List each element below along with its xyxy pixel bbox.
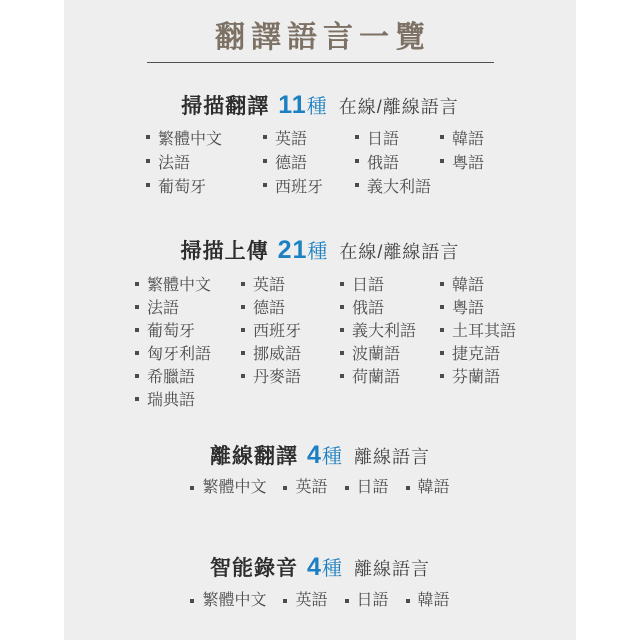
language-item: 希臘語 [135, 364, 241, 387]
page: 翻譯語言一覽 掃描翻譯 11 種 在線/離線語言 繁體中文英語日語韓語法語德語俄… [0, 0, 640, 640]
language-item: 英語 [241, 272, 340, 295]
language-label: 日語 [352, 272, 384, 295]
language-label: 粵語 [452, 150, 484, 173]
bullet-icon [440, 135, 444, 139]
language-item: 繁體中文 [190, 476, 266, 500]
language-item: 俄語 [355, 149, 440, 173]
language-label: 挪威語 [253, 341, 301, 364]
language-label: 繁體中文 [202, 476, 266, 500]
language-item: 義大利語 [340, 318, 440, 341]
language-label: 日語 [357, 589, 389, 613]
bullet-icon [440, 328, 444, 332]
bullet-icon [355, 135, 359, 139]
bullet-icon [135, 305, 139, 309]
bullet-icon [190, 599, 194, 603]
bullet-icon [263, 159, 267, 163]
bullet-icon [440, 374, 444, 378]
bullet-icon [135, 328, 139, 332]
bullet-icon [440, 159, 444, 163]
bullet-icon [355, 159, 359, 163]
language-item: 葡萄牙 [146, 173, 263, 197]
count-unit: 種 [307, 92, 327, 122]
language-item: 日語 [340, 272, 440, 295]
language-item: 英語 [283, 589, 327, 613]
language-item: 挪威語 [241, 341, 340, 364]
language-item: 俄語 [340, 295, 440, 318]
language-label: 義大利語 [367, 174, 431, 197]
language-item: 芬蘭語 [440, 364, 576, 387]
language-item: 英語 [263, 125, 355, 149]
bullet-icon [241, 374, 245, 378]
language-label: 土耳其語 [452, 318, 516, 341]
bullet-icon [135, 397, 139, 401]
language-label: 希臘語 [147, 364, 195, 387]
bullet-icon [440, 282, 444, 286]
language-label: 匈牙利語 [147, 341, 211, 364]
bullet-icon [440, 351, 444, 355]
language-list-smart-recording: 繁體中文英語日語韓語 [190, 589, 449, 613]
bullet-icon [146, 135, 150, 139]
bullet-icon [340, 351, 344, 355]
language-item: 西班牙 [263, 173, 355, 197]
language-item: 繁體中文 [135, 272, 241, 295]
language-item: 德語 [263, 149, 355, 173]
language-item: 西班牙 [241, 318, 340, 341]
section-header-smart-recording: 智能錄音 4 種 離線語言 [210, 552, 430, 584]
bullet-icon [146, 183, 150, 187]
bullet-icon [135, 351, 139, 355]
language-label: 荷蘭語 [352, 364, 400, 387]
language-type-label: 離線語言 [354, 554, 430, 584]
language-item: 義大利語 [355, 173, 440, 197]
language-item: 韓語 [440, 125, 576, 149]
language-item: 日語 [345, 589, 389, 613]
language-item: 英語 [283, 476, 327, 500]
count-unit: 種 [322, 554, 342, 584]
language-item: 丹麥語 [241, 364, 340, 387]
section-header-offline-translate: 離線翻譯 4 種 離線語言 [210, 440, 430, 472]
language-label: 法語 [158, 150, 190, 173]
bullet-icon [440, 305, 444, 309]
section-header-scan-translate: 掃描翻譯 11 種 在線/離線語言 [181, 90, 458, 122]
bullet-icon [340, 374, 344, 378]
section-name: 智能錄音 [210, 554, 298, 584]
bullet-icon [241, 351, 245, 355]
language-label: 俄語 [367, 150, 399, 173]
title-underline [147, 62, 494, 63]
language-type-label: 在線/離線語言 [339, 92, 459, 122]
section-name: 掃描翻譯 [181, 92, 269, 122]
language-label: 韓語 [418, 589, 450, 613]
language-item: 荷蘭語 [340, 364, 440, 387]
language-item: 韓語 [406, 589, 450, 613]
language-label: 繁體中文 [147, 272, 211, 295]
language-label: 韓語 [418, 476, 450, 500]
bullet-icon [263, 183, 267, 187]
bullet-icon [345, 599, 349, 603]
bullet-icon [345, 486, 349, 490]
language-item: 匈牙利語 [135, 341, 241, 364]
language-type-label: 在線/離線語言 [339, 237, 459, 267]
language-item: 日語 [345, 476, 389, 500]
bullet-icon [283, 486, 287, 490]
bullet-icon [135, 374, 139, 378]
language-list-scan-upload: 繁體中文英語日語韓語法語德語俄語粵語葡萄牙西班牙義大利語土耳其語匈牙利語挪威語波… [64, 272, 576, 410]
language-list-offline-translate: 繁體中文英語日語韓語 [190, 476, 449, 500]
bullet-icon [146, 159, 150, 163]
bullet-icon [241, 305, 245, 309]
language-label: 日語 [367, 126, 399, 149]
bullet-icon [406, 486, 410, 490]
language-type-label: 離線語言 [354, 442, 430, 472]
language-label: 丹麥語 [253, 364, 301, 387]
language-item: 粵語 [440, 149, 576, 173]
language-label: 英語 [295, 476, 327, 500]
section-name: 離線翻譯 [210, 442, 298, 472]
language-label: 俄語 [352, 295, 384, 318]
language-item: 土耳其語 [440, 318, 576, 341]
bullet-icon [355, 183, 359, 187]
bullet-icon [263, 135, 267, 139]
language-label: 西班牙 [275, 174, 323, 197]
language-label: 韓語 [452, 272, 484, 295]
language-count: 21 [278, 235, 308, 265]
language-item: 韓語 [406, 476, 450, 500]
bullet-icon [241, 282, 245, 286]
language-label: 芬蘭語 [452, 364, 500, 387]
language-item: 葡萄牙 [135, 318, 241, 341]
language-item: 瑞典語 [135, 387, 241, 410]
count-unit: 種 [307, 237, 327, 267]
bullet-icon [340, 305, 344, 309]
language-label: 英語 [295, 589, 327, 613]
language-label: 繁體中文 [202, 589, 266, 613]
language-label: 英語 [253, 272, 285, 295]
content-panel: 翻譯語言一覽 掃描翻譯 11 種 在線/離線語言 繁體中文英語日語韓語法語德語俄… [64, 0, 576, 640]
language-label: 葡萄牙 [158, 174, 206, 197]
language-label: 德語 [275, 150, 307, 173]
language-count: 4 [307, 440, 322, 470]
language-label: 德語 [253, 295, 285, 318]
bullet-icon [406, 599, 410, 603]
language-item: 法語 [146, 149, 263, 173]
language-item: 粵語 [440, 295, 576, 318]
language-label: 義大利語 [352, 318, 416, 341]
bullet-icon [340, 328, 344, 332]
language-list-scan-translate: 繁體中文英語日語韓語法語德語俄語粵語葡萄牙西班牙義大利語 [64, 125, 576, 197]
language-label: 波蘭語 [352, 341, 400, 364]
bullet-icon [340, 282, 344, 286]
language-label: 捷克語 [452, 341, 500, 364]
language-item: 德語 [241, 295, 340, 318]
language-label: 粵語 [452, 295, 484, 318]
language-count: 11 [278, 90, 306, 120]
language-count: 4 [307, 552, 322, 582]
section-name: 掃描上傳 [181, 237, 269, 267]
language-item: 法語 [135, 295, 241, 318]
bullet-icon [190, 486, 194, 490]
language-label: 韓語 [452, 126, 484, 149]
language-item: 韓語 [440, 272, 576, 295]
bullet-icon [241, 328, 245, 332]
language-item: 波蘭語 [340, 341, 440, 364]
section-header-scan-upload: 掃描上傳 21 種 在線/離線語言 [181, 235, 460, 267]
language-item: 日語 [355, 125, 440, 149]
language-item: 繁體中文 [146, 125, 263, 149]
page-title: 翻譯語言一覽 [209, 18, 431, 58]
language-label: 葡萄牙 [147, 318, 195, 341]
language-label: 繁體中文 [158, 126, 222, 149]
language-item: 繁體中文 [190, 589, 266, 613]
language-item: 捷克語 [440, 341, 576, 364]
language-label: 瑞典語 [147, 387, 195, 410]
count-unit: 種 [322, 442, 342, 472]
language-label: 法語 [147, 295, 179, 318]
bullet-icon [283, 599, 287, 603]
language-label: 西班牙 [253, 318, 301, 341]
bullet-icon [135, 282, 139, 286]
language-label: 英語 [275, 126, 307, 149]
language-label: 日語 [357, 476, 389, 500]
